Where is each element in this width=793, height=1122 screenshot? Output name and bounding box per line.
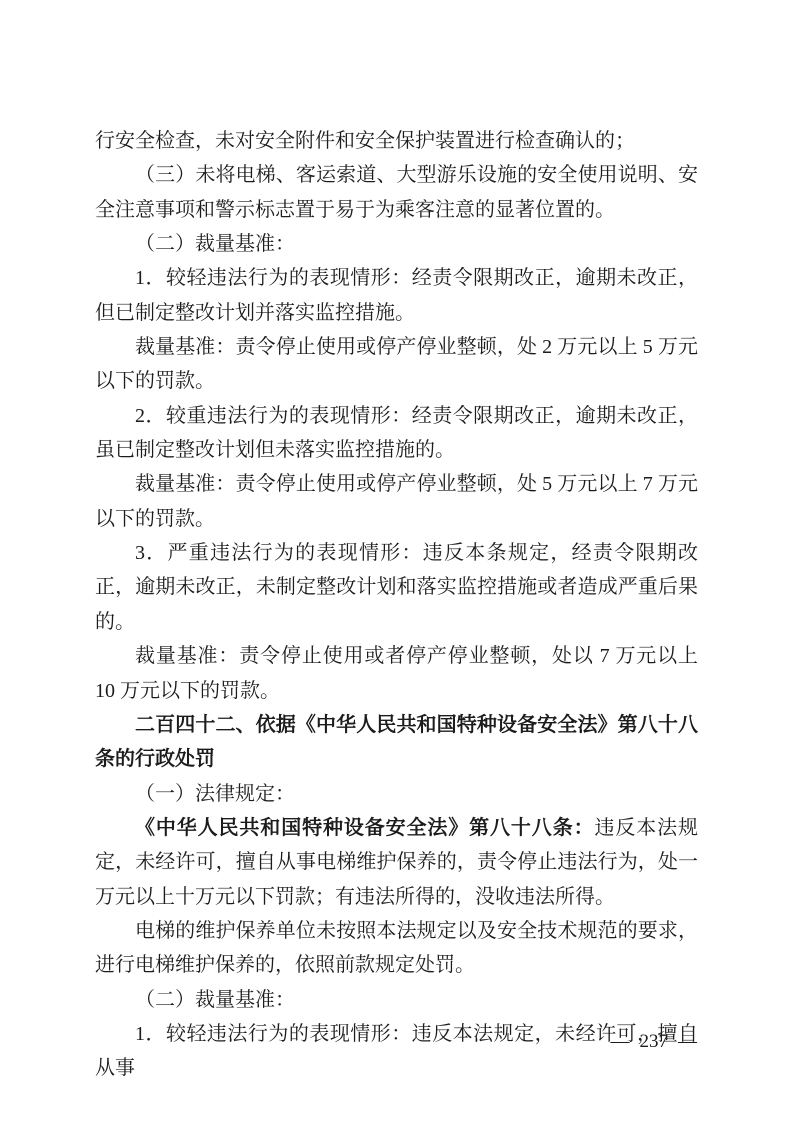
paragraph-minor-violation: 1．较轻违法行为的表现情形：经责令限期改正，逾期未改正，但已制定整改计划并落实监… — [95, 261, 698, 330]
paragraph-minor-violation-2: 1．较轻违法行为的表现情形：违反本法规定，未经许可，擅自从事 — [95, 1017, 698, 1086]
paragraph-serious-violation: 3．严重违法行为的表现情形：违反本条规定，经责令限期改正，逾期未改正，未制定整改… — [95, 536, 698, 639]
paragraph-legal-provision-label: （一）法律规定： — [95, 777, 698, 811]
paragraph-moderate-penalty: 裁量基准：责令停止使用或停产停业整顿，处 5 万元以上 7 万元以下的罚款。 — [95, 467, 698, 536]
paragraph-continuation: 行安全检查，未对安全附件和安全保护装置进行检查确认的； — [95, 124, 698, 158]
document-page: 行安全检查，未对安全附件和安全保护装置进行检查确认的； （三）未将电梯、客运索道… — [0, 0, 793, 1122]
paragraph-discretion-basis-label-2: （二）裁量基准： — [95, 983, 698, 1017]
paragraph-discretion-basis-label: （二）裁量基准： — [95, 227, 698, 261]
document-body: 行安全检查，未对安全附件和安全保护装置进行检查确认的； （三）未将电梯、客运索道… — [95, 124, 698, 1086]
page-number: 237 — [640, 1031, 669, 1052]
law-title-bold: 《中华人民共和国特种设备安全法》第八十八条： — [135, 817, 594, 839]
page-footer: —237— — [611, 1031, 698, 1053]
paragraph-minor-penalty: 裁量基准：责令停止使用或停产停业整顿，处 2 万元以上 5 万元以下的罚款。 — [95, 330, 698, 399]
paragraph-elevator-maintenance: 电梯的维护保养单位未按照本法规定以及安全技术规范的要求，进行电梯维护保养的，依照… — [95, 914, 698, 983]
footer-left-dash: — — [611, 1031, 630, 1052]
paragraph-item-3: （三）未将电梯、客运索道、大型游乐设施的安全使用说明、安全注意事项和警示标志置于… — [95, 158, 698, 227]
paragraph-law-article-88: 《中华人民共和国特种设备安全法》第八十八条：违反本法规定，未经许可，擅自从事电梯… — [95, 811, 698, 914]
paragraph-moderate-violation: 2．较重违法行为的表现情形：经责令限期改正，逾期未改正，虽已制定整改计划但未落实… — [95, 399, 698, 468]
section-heading-article-242: 二百四十二、依据《中华人民共和国特种设备安全法》第八十八条的行政处罚 — [95, 708, 698, 777]
paragraph-serious-penalty: 裁量基准：责令停止使用或者停产停业整顿，处以 7 万元以上 10 万元以下的罚款… — [95, 639, 698, 708]
footer-right-dash: — — [678, 1031, 697, 1052]
